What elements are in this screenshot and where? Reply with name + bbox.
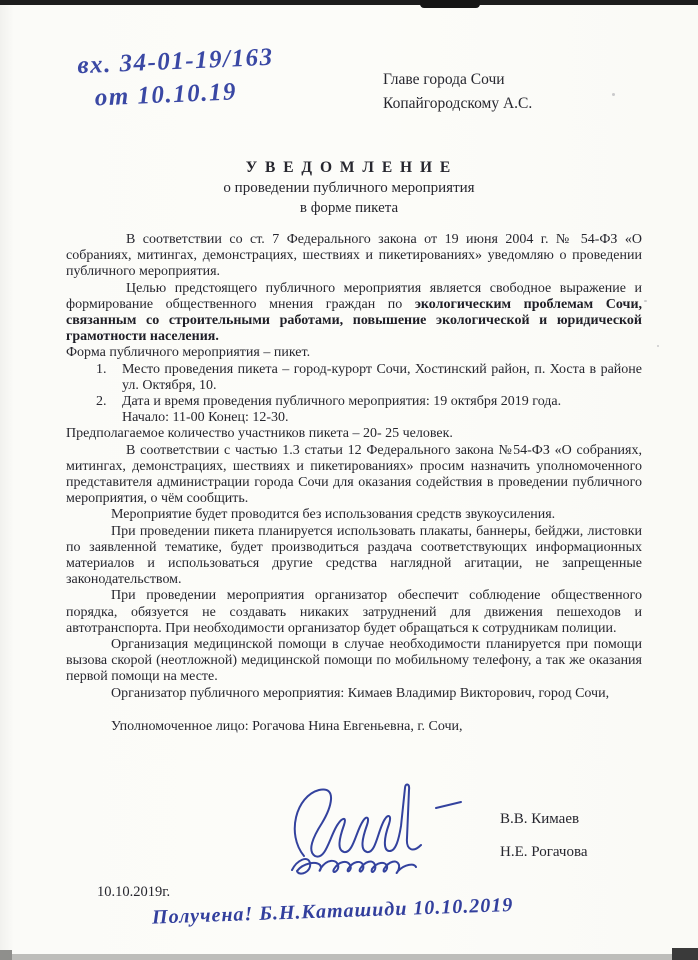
start-end-line: Начало: 11-00 Конец: 12-30. bbox=[122, 410, 289, 425]
handwritten-registration-note: вх. 34-01-19/163 от 10.10.19 bbox=[77, 39, 320, 115]
document-body: В соответствии со ст. 7 Федерального зак… bbox=[66, 232, 642, 735]
document-subtitle-2: в форме пикета bbox=[0, 198, 698, 218]
document-title-block: У В Е Д О М Л Е Н И Е о проведении публи… bbox=[0, 158, 698, 218]
paragraph-no-sound: Мероприятие будет проводится без использ… bbox=[66, 507, 642, 523]
paragraph-representative-request: В соответствии с частью 1.3 статьи 12 Фе… bbox=[66, 443, 642, 508]
registration-number: вх. 34-01-19/163 bbox=[77, 44, 274, 80]
signature-names: В.В. Кимаев Н.Е. Рогачова bbox=[500, 803, 588, 869]
addressee-block: Главе города Сочи Копайгородскому А.С. bbox=[383, 68, 532, 116]
addressee-name: Копайгородскому А.С. bbox=[383, 92, 532, 116]
document-subtitle-1: о проведении публичного мероприятия bbox=[0, 178, 698, 198]
handwritten-received-note: Получена! Б.Н.Каташиди 10.10.2019 bbox=[152, 893, 533, 929]
paragraph-legal-basis: В соответствии со ст. 7 Федерального зак… bbox=[66, 232, 642, 281]
scan-edge-top bbox=[0, 0, 698, 5]
scan-edge-bottom bbox=[0, 954, 698, 960]
document-title: У В Е Д О М Л Е Н И Е bbox=[0, 158, 698, 178]
scan-speck bbox=[644, 300, 647, 302]
list-item-text: Место проведения пикета – город-курорт С… bbox=[122, 362, 642, 394]
registration-date: от 10.10.19 bbox=[94, 72, 319, 115]
organizer-line: Организатор публичного мероприятия: Кима… bbox=[66, 686, 642, 702]
scan-speck bbox=[657, 345, 659, 347]
list-item-text: Дата и время проведения публичного мероп… bbox=[122, 394, 642, 426]
scan-edge-bottom-left-mark bbox=[0, 950, 12, 960]
form-line: Форма публичного мероприятия – пикет. bbox=[66, 345, 642, 361]
signer-name-kimaev: В.В. Кимаев bbox=[500, 803, 588, 836]
signature-scribble bbox=[286, 780, 496, 880]
list-item-place: 1. Место проведения пикета – город-курор… bbox=[66, 362, 642, 394]
authorized-person-line: Уполномоченное лицо: Рогачова Нина Евген… bbox=[66, 719, 642, 735]
scanned-page: вх. 34-01-19/163 от 10.10.19 Главе город… bbox=[0, 0, 698, 960]
datetime-line: Дата и время проведения публичного мероп… bbox=[122, 394, 561, 409]
scan-edge-top-mark bbox=[420, 0, 480, 8]
paragraph-medical: Организация медицинской помощи в случае … bbox=[66, 637, 642, 686]
participants-line: Предполагаемое количество участников пик… bbox=[66, 426, 642, 442]
list-item-datetime: 2. Дата и время проведения публичного ме… bbox=[66, 394, 642, 426]
paragraph-purpose: Целью предстоящего публичного мероприяти… bbox=[66, 281, 642, 346]
document-date: 10.10.2019г. bbox=[97, 884, 170, 901]
list-number: 2. bbox=[96, 394, 122, 426]
addressee-position: Главе города Сочи bbox=[383, 68, 532, 92]
scan-edge-bottom-right-mark bbox=[672, 948, 698, 960]
list-number: 1. bbox=[96, 362, 122, 394]
signer-name-rogachova: Н.Е. Рогачова bbox=[500, 836, 588, 869]
paragraph-order: При проведении мероприятия организатор о… bbox=[66, 588, 642, 637]
scan-speck bbox=[612, 93, 615, 96]
paragraph-materials: При проведении пикета планируется исполь… bbox=[66, 524, 642, 589]
event-details-list: 1. Место проведения пикета – город-курор… bbox=[66, 362, 642, 427]
